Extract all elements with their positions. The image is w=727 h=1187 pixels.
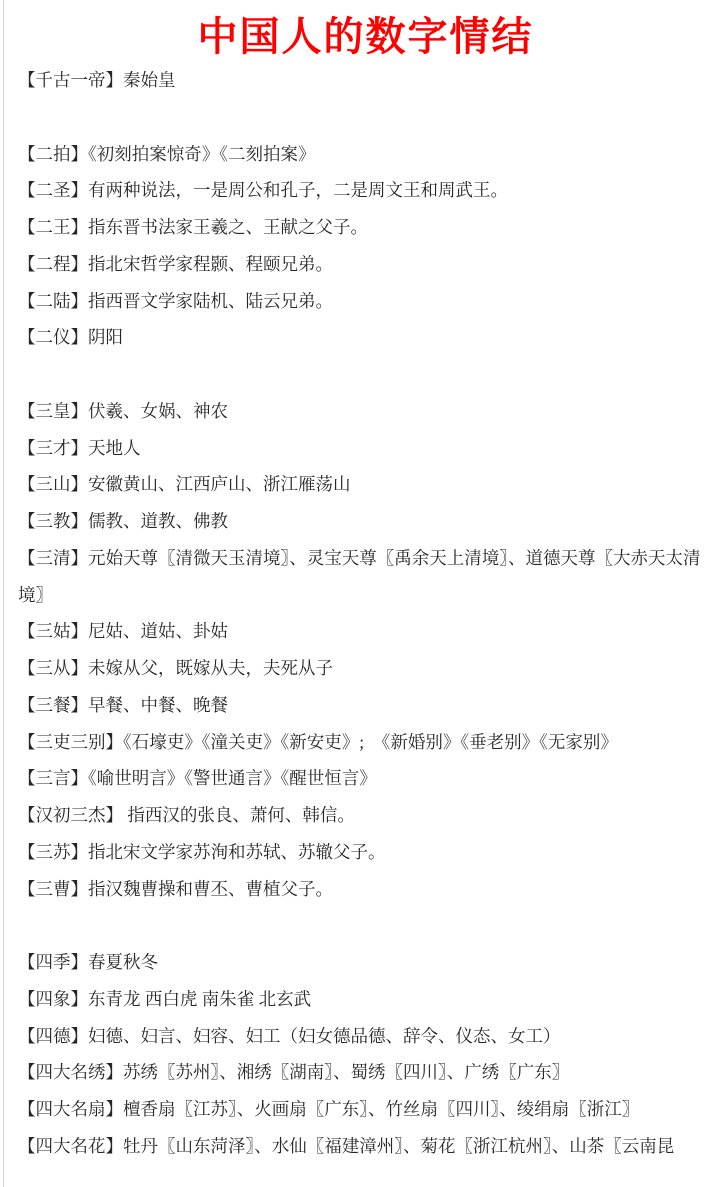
entry-san-qing: 【三清】元始天尊〖清微天玉清境〗、灵宝天尊〖禹余天上清境〗、道德天尊〖大赤天太清… bbox=[18, 540, 713, 614]
entry-si-xiang: 【四象】东青龙 西白虎 南朱雀 北玄武 bbox=[18, 981, 713, 1018]
entry-si-da-ming-hua: 【四大名花】牡丹〖山东菏泽〗、水仙〖福建漳州〗、菊花〖浙江杭州〗、山茶〖云南昆 bbox=[18, 1128, 713, 1165]
entry-san-can: 【三餐】早餐、中餐、晚餐 bbox=[18, 687, 713, 724]
entry-san-gu: 【三姑】尼姑、道姑、卦姑 bbox=[18, 613, 713, 650]
entry-san-yan: 【三言】《喻世明言》《警世通言》《醒世恒言》 bbox=[18, 760, 713, 797]
entry-qiangu-yidi: 【千古一帝】秦始皇 bbox=[18, 62, 713, 99]
entry-san-huang: 【三皇】伏羲、女娲、神农 bbox=[18, 393, 713, 430]
entry-er-cheng: 【二程】指北宋哲学家程颢、程颐兄弟。 bbox=[18, 246, 713, 283]
entry-si-de: 【四德】妇德、妇言、妇容、妇工（妇女德品德、辞令、仪态、女工） bbox=[18, 1018, 713, 1055]
entry-han-chu-san-jie: 【汉初三杰】 指西汉的张良、萧何、韩信。 bbox=[18, 797, 713, 834]
paragraph-gap bbox=[18, 907, 713, 944]
entry-san-jiao: 【三教】儒教、道教、佛教 bbox=[18, 503, 713, 540]
entry-san-shan: 【三山】安徽黄山、江西庐山、浙江雁荡山 bbox=[18, 466, 713, 503]
entry-er-lu: 【二陆】指西晋文学家陆机、陆云兄弟。 bbox=[18, 283, 713, 320]
entry-si-ji: 【四季】春夏秋冬 bbox=[18, 944, 713, 981]
page-left-border bbox=[3, 0, 4, 1187]
entry-san-cai: 【三才】天地人 bbox=[18, 430, 713, 467]
entry-san-su: 【三苏】指北宋文学家苏洵和苏轼、苏辙父子。 bbox=[18, 834, 713, 871]
entry-er-sheng: 【二圣】有两种说法，一是周公和孔子，二是周文王和周武王。 bbox=[18, 172, 713, 209]
entry-er-yi: 【二仪】阴阳 bbox=[18, 319, 713, 356]
entry-si-da-ming-xiu: 【四大名绣】苏绣〖苏州〗、湘绣〖湖南〗、蜀绣〖四川〗、广绣〖广东〗 bbox=[18, 1054, 713, 1091]
entry-san-cao: 【三曹】指汉魏曹操和曹丕、曹植父子。 bbox=[18, 871, 713, 908]
entry-er-wang: 【二王】指东晋书法家王羲之、王献之父子。 bbox=[18, 209, 713, 246]
entry-san-cong: 【三从】未嫁从父，既嫁从夫，夫死从子 bbox=[18, 650, 713, 687]
document-page: 中国人的数字情结 【千古一帝】秦始皇 【二拍】《初刻拍案惊奇》《二刻拍案》 【二… bbox=[0, 0, 727, 1165]
page-title: 中国人的数字情结 bbox=[18, 0, 713, 62]
entry-si-da-ming-shan: 【四大名扇】檀香扇〖江苏〗、火画扇〖广东〗、竹丝扇〖四川〗、绫绢扇〖浙江〗 bbox=[18, 1091, 713, 1128]
entry-er-pai: 【二拍】《初刻拍案惊奇》《二刻拍案》 bbox=[18, 136, 713, 173]
paragraph-gap bbox=[18, 99, 713, 136]
entry-san-li-san-bie: 【三吏三别】《石壕吏》《潼关吏》《新安吏》; 《新婚别》《垂老别》《无家别》 bbox=[18, 724, 713, 761]
paragraph-gap bbox=[18, 356, 713, 393]
